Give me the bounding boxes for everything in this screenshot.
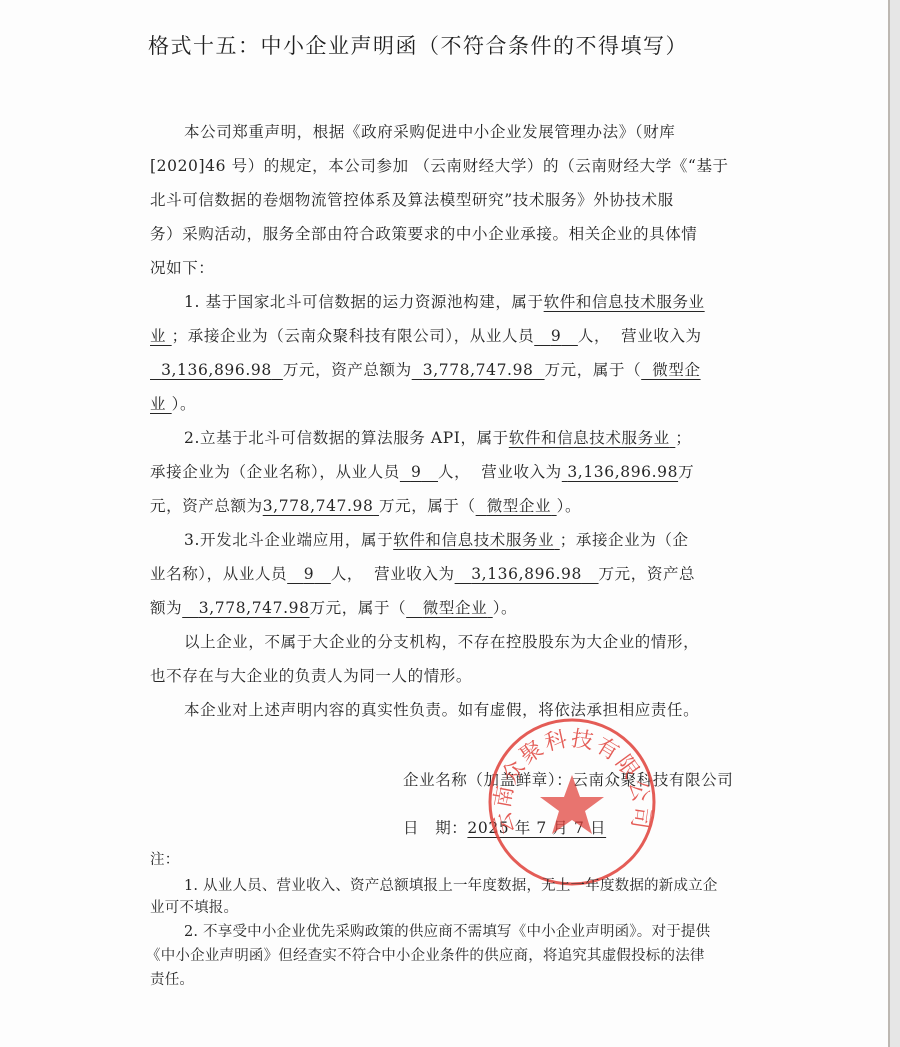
size-value: 微型企业 bbox=[423, 599, 487, 617]
item-end: ）。 bbox=[557, 497, 581, 515]
date-value: 2025 年 7 月 7 日 bbox=[467, 819, 606, 837]
note-line-3: 2. 不享受中小企业优先采购政策的供应商不需填写《中小企业声明函》。对于提供 bbox=[184, 922, 759, 942]
intro-line-3: 北斗可信数据的卷烟物流管控体系及算法模型研究”技术服务》外协技术服 bbox=[150, 189, 750, 211]
date-line: 日 期：2025 年 7 月 7 日 bbox=[403, 817, 703, 839]
intro-line-2: [2020]46 号）的规定，本公司参加 （云南财经大学）的（云南财经大学《“基… bbox=[150, 155, 750, 177]
assets-label: 资产总额为 bbox=[182, 497, 263, 515]
revenue-value: 3,136,896.98 bbox=[161, 361, 272, 379]
employees-unit: 人， bbox=[578, 327, 610, 345]
item-2-line-2: 承接企业为（企业名称），从业人员 9 人， 营业收入为 3,136,896.98… bbox=[150, 461, 750, 483]
assets-unit: 万元， bbox=[379, 497, 427, 515]
revenue-unit: 万元， bbox=[283, 361, 331, 379]
statement-line-2: 也不存在与大企业的负责人为同一人的情形。 bbox=[150, 665, 750, 687]
scan-gutter bbox=[890, 0, 900, 1047]
item-number: 1. bbox=[184, 293, 200, 311]
item-number: 2. bbox=[184, 429, 200, 447]
industry-field: 软件和信息技术服务业 bbox=[509, 429, 676, 447]
intro-line-1: 本公司郑重声明，根据《政府采购促进中小企业发展管理办法》（财库 bbox=[184, 121, 784, 143]
employees-field: 9 bbox=[287, 565, 331, 583]
size-value: 微型企业 bbox=[487, 497, 551, 515]
note-line-1: 1. 从业人员、营业收入、资产总额填报上一年度数据，无上一年度数据的新成立企 bbox=[184, 876, 759, 896]
revenue-label: 营业收入为 bbox=[621, 327, 702, 345]
contractor-label: ；承接企业为 bbox=[172, 327, 269, 345]
item-3-line-3: 额为 3,778,747.98万元，属于（ 微型企业 ）。 bbox=[150, 597, 750, 619]
employees-value: 9 bbox=[304, 565, 314, 583]
company-name: 云南众聚科技有限公司 bbox=[572, 771, 733, 789]
revenue-value: 3,136,896.98 bbox=[471, 565, 582, 583]
item-1-line-3: 3,136,896.98 万元，资产总额为 3,778,747.98 万元，属于… bbox=[150, 359, 750, 381]
employees-unit: 人， bbox=[331, 565, 363, 583]
item-1-line-1: 1. 基于国家北斗可信数据的运力资源池构建，属于软件和信息技术服务业 bbox=[184, 291, 784, 313]
contractor-name: （企业名称） bbox=[231, 463, 320, 481]
size-field: 微型企业 bbox=[406, 599, 493, 617]
assets-unit: 万元， bbox=[310, 599, 358, 617]
size-field: 微型企 bbox=[641, 361, 700, 379]
note-line-2: 业可不填报。 bbox=[150, 898, 755, 918]
statement-line-1: 以上企业，不属于大企业的分支机构，不存在控股股东为大企业的情形， bbox=[184, 631, 784, 653]
company-signature: 企业名称（加盖鲜章）：云南众聚科技有限公司 bbox=[403, 769, 763, 791]
employees-value: 9 bbox=[411, 463, 421, 481]
industry-field: 软件和信息技术服务业 bbox=[393, 531, 560, 549]
revenue-label: 营业收入为 bbox=[481, 463, 562, 481]
assets-unit: 万元， bbox=[545, 361, 593, 379]
employees-label: ，从业人员 bbox=[319, 463, 400, 481]
industry-field-tail: 业 bbox=[150, 327, 172, 345]
contractor-label: ；承接企业为 bbox=[560, 531, 657, 549]
contractor-name-tail: 业名称） bbox=[150, 565, 207, 583]
belongs-label: 属于（ bbox=[427, 497, 475, 515]
belongs-label: 属于（ bbox=[358, 599, 406, 617]
revenue-field: 3,136,896.98 bbox=[455, 565, 599, 583]
item-1-line-4: 业 ）。 bbox=[150, 393, 750, 415]
note-line-5: 责任。 bbox=[150, 970, 755, 990]
revenue-unit: 万 bbox=[678, 463, 694, 481]
revenue-unit-tail: 元， bbox=[150, 497, 182, 515]
note-line-4: 《中小企业声明函》但经查实不符合中小企业条件的供应商，将追究其虚假投标的法律 bbox=[146, 946, 751, 966]
company-label: 企业名称（加盖鲜章）： bbox=[403, 771, 572, 789]
employees-field: 9 bbox=[534, 327, 578, 345]
assets-label: 资产总 bbox=[647, 565, 695, 583]
item-number: 3. bbox=[184, 531, 200, 549]
revenue-field: 3,136,896.98 bbox=[150, 361, 283, 379]
item-3-line-2: 业名称），从业人员 9 人， 营业收入为 3,136,896.98 万元，资产总 bbox=[150, 563, 750, 585]
separator: ； bbox=[675, 429, 691, 447]
item-description: 基于国家北斗可信数据的运力资源池构建，属于 bbox=[206, 293, 544, 311]
employees-unit: 人， bbox=[438, 463, 470, 481]
revenue-unit: 万元， bbox=[599, 565, 647, 583]
assets-value: 3,778,747.98 bbox=[199, 599, 310, 617]
intro-line-4: 务）采购活动，服务全部由符合政策要求的中小企业承接。相关企业的具体情 bbox=[150, 223, 750, 245]
item-description: 立基于北斗可信数据的算法服务 API，属于 bbox=[200, 429, 509, 447]
industry-field: 软件和信息技术服务业 bbox=[544, 293, 705, 311]
item-description: 开发北斗企业端应用，属于 bbox=[200, 531, 393, 549]
employees-label: ，从业人员 bbox=[454, 327, 535, 345]
item-1-line-2: 业 ；承接企业为（云南众聚科技有限公司），从业人员 9 人， 营业收入为 bbox=[150, 325, 750, 347]
revenue-label: 营业收入为 bbox=[374, 565, 455, 583]
assets-label: 资产总额为 bbox=[331, 361, 412, 379]
revenue-value: 3,136,896.98 bbox=[567, 463, 678, 481]
employees-value: 9 bbox=[551, 327, 561, 345]
size-field: 微型企业 bbox=[476, 497, 557, 515]
notes-heading: 注： bbox=[150, 850, 755, 870]
belongs-label: 属于（ bbox=[593, 361, 641, 379]
statement-line-3: 本企业对上述声明内容的真实性负责。如有虚假，将依法承担相应责任。 bbox=[184, 699, 784, 721]
item-3-line-1: 3.开发北斗企业端应用，属于软件和信息技术服务业 ；承接企业为（企 bbox=[184, 529, 784, 551]
employees-field: 9 bbox=[400, 463, 438, 481]
industry-value: 软件和信息技术服务业 bbox=[393, 531, 554, 549]
contractor-label: 承接企业为 bbox=[150, 463, 231, 481]
item-2-line-3: 元，资产总额为3,778,747.98 万元，属于（ 微型企业 ）。 bbox=[150, 495, 750, 517]
item-2-line-1: 2.立基于北斗可信数据的算法服务 API，属于软件和信息技术服务业 ； bbox=[184, 427, 784, 449]
intro-line-5: 况如下： bbox=[150, 257, 750, 279]
contractor-name: （云南众聚科技有限公司） bbox=[268, 327, 453, 345]
item-end: ）。 bbox=[493, 599, 517, 617]
size-field-tail: 业 bbox=[150, 395, 172, 413]
assets-field: 3,778,747.98 bbox=[412, 361, 545, 379]
contractor-name: （企 bbox=[656, 531, 688, 549]
date-label: 日 期： bbox=[403, 819, 467, 837]
document-title: 格式十五：中小企业声明函（不符合条件的不得填写） bbox=[148, 30, 688, 60]
assets-value: 3,778,747.98 bbox=[423, 361, 534, 379]
item-end: ）。 bbox=[172, 395, 196, 413]
employees-label: ，从业人员 bbox=[207, 565, 288, 583]
assets-label-tail: 额为 bbox=[150, 599, 182, 617]
revenue-field: 3,136,896.98 bbox=[562, 463, 678, 481]
assets-field: 3,778,747.98 bbox=[182, 599, 309, 617]
assets-field: 3,778,747.98 bbox=[263, 497, 379, 515]
assets-value: 3,778,747.98 bbox=[263, 497, 374, 515]
industry-value: 软件和信息技术服务业 bbox=[509, 429, 670, 447]
